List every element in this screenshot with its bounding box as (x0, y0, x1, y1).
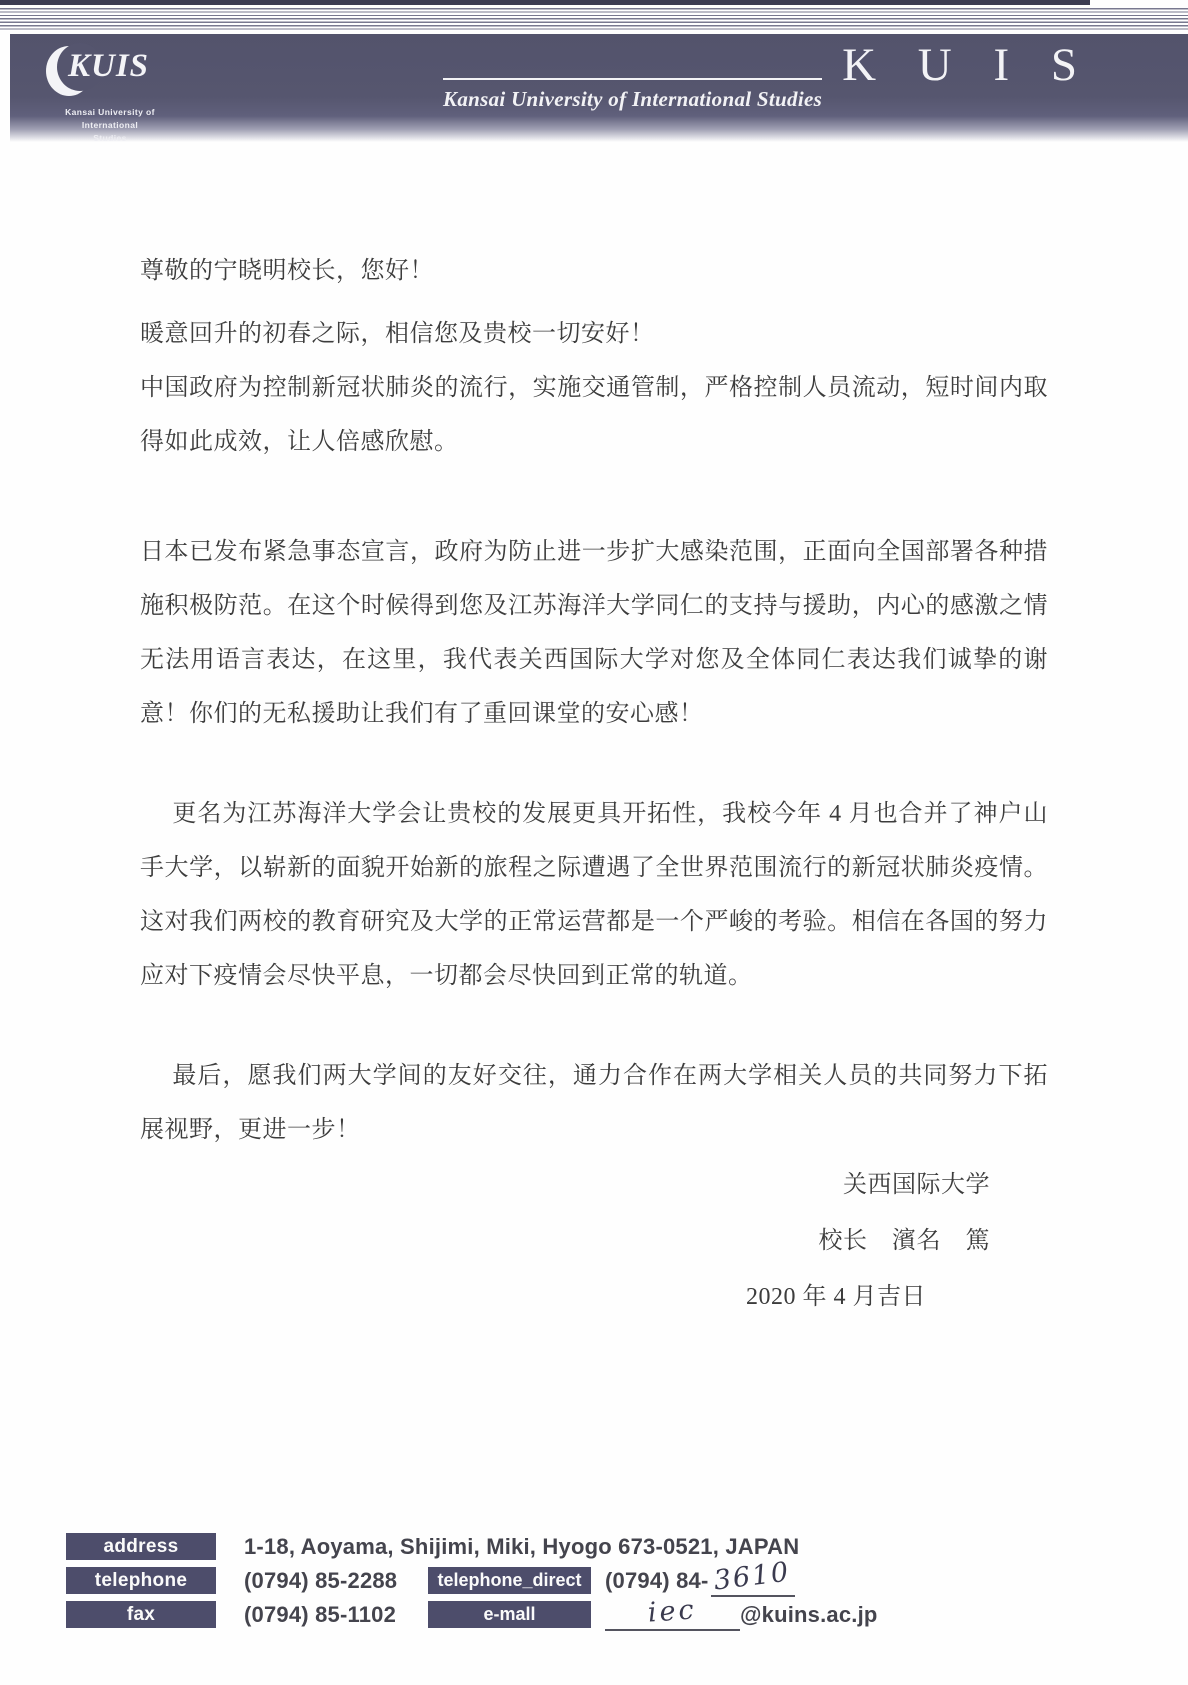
letter-body: 尊敬的宁晓明校长，您好！ 暖意回升的初春之际，相信您及贵校一切安好！ 中国政府为… (0, 142, 1188, 1325)
header-stripes (0, 8, 1188, 31)
telephone-label-badge: telephone (66, 1567, 216, 1594)
footer-row-address: address 1-18, Aoyama, Shijimi, Miki, Hyo… (66, 1533, 878, 1560)
letter-paragraph: 中国政府为控制新冠状肺炎的流行，实施交通管制，严格控制人员流动，短时间内取得如此… (140, 361, 1048, 469)
logo-subtext-line: International (46, 119, 174, 132)
letter-paragraph: 更名为江苏海洋大学会让贵校的发展更具开拓性，我校今年 4 月也合并了神户山手大学… (140, 787, 1048, 1003)
logo-subtext: Kansai University of International Studi… (46, 106, 174, 145)
top-edge-line (0, 0, 1090, 5)
kuis-logo: KUIS Kansai University of International … (46, 42, 176, 145)
logo-subtext-line: Kansai University of (46, 106, 174, 119)
crescent-logo-icon: KUIS (46, 42, 176, 100)
signature-signer: 校长 濱名 篤 (140, 1213, 1048, 1269)
handwritten-extension: 3610 (712, 1556, 792, 1596)
fax-label-badge: fax (66, 1601, 216, 1628)
logo-acronym: KUIS (68, 48, 149, 85)
letter-paragraph: 日本已发布紧急事态宣言，政府为防止进一步扩大感染范围，正面向全国部署各种措施积极… (140, 525, 1048, 741)
letter-paragraph: 暖意回升的初春之际，相信您及贵校一切安好！ (140, 307, 1048, 361)
signature-date: 2020 年 4 月吉日 (140, 1269, 1048, 1325)
telephone-value: (0794) 85-2288 (244, 1568, 404, 1594)
header-band: KUIS Kansai University of International … (10, 34, 1188, 142)
handwritten-email-localpart: iec (647, 1594, 698, 1628)
email-domain-suffix: @kuins.ac.jp (740, 1602, 878, 1628)
university-name: Kansai University of International Studi… (443, 87, 822, 112)
footer-row-fax-email: fax (0794) 85-1102 e-mall iec @kuins.ac.… (66, 1601, 878, 1628)
address-label-badge: address (66, 1533, 216, 1560)
kuis-wordmark: K U I S (842, 42, 1092, 89)
logo-subtext-line: Studies (46, 132, 174, 145)
contact-footer: address 1-18, Aoyama, Shijimi, Miki, Hyo… (66, 1533, 878, 1635)
letter-paragraph: 最后，愿我们两大学间的友好交往，通力合作在两大学相关人员的共同努力下拓展视野，更… (140, 1049, 1048, 1157)
footer-row-telephone: telephone (0794) 85-2288 telephone_direc… (66, 1567, 878, 1594)
university-name-block: Kansai University of International Studi… (443, 78, 822, 112)
address-value: 1-18, Aoyama, Shijimi, Miki, Hyogo 673-0… (244, 1534, 799, 1560)
header-band-right: Kansai University of International Studi… (443, 42, 1092, 112)
email-blank-line: iec (605, 1599, 740, 1631)
header: KUIS Kansai University of International … (0, 0, 1188, 142)
telephone-direct-blank-line: 3610 (711, 1565, 795, 1597)
telephone-direct-label-badge: telephone_direct (428, 1567, 591, 1594)
scanned-letter-page: KUIS Kansai University of International … (0, 0, 1188, 1685)
email-label-badge: e-mall (428, 1601, 591, 1628)
telephone-direct-prefix: (0794) 84- (605, 1568, 709, 1594)
signature-block: 关西国际大学 校长 濱名 篤 2020 年 4 月吉日 (140, 1157, 1048, 1325)
letter-salutation: 尊敬的宁晓明校长，您好！ (140, 244, 1048, 298)
header-rule-line (443, 78, 822, 80)
fax-value: (0794) 85-1102 (244, 1602, 404, 1628)
signature-organization: 关西国际大学 (140, 1157, 1048, 1213)
